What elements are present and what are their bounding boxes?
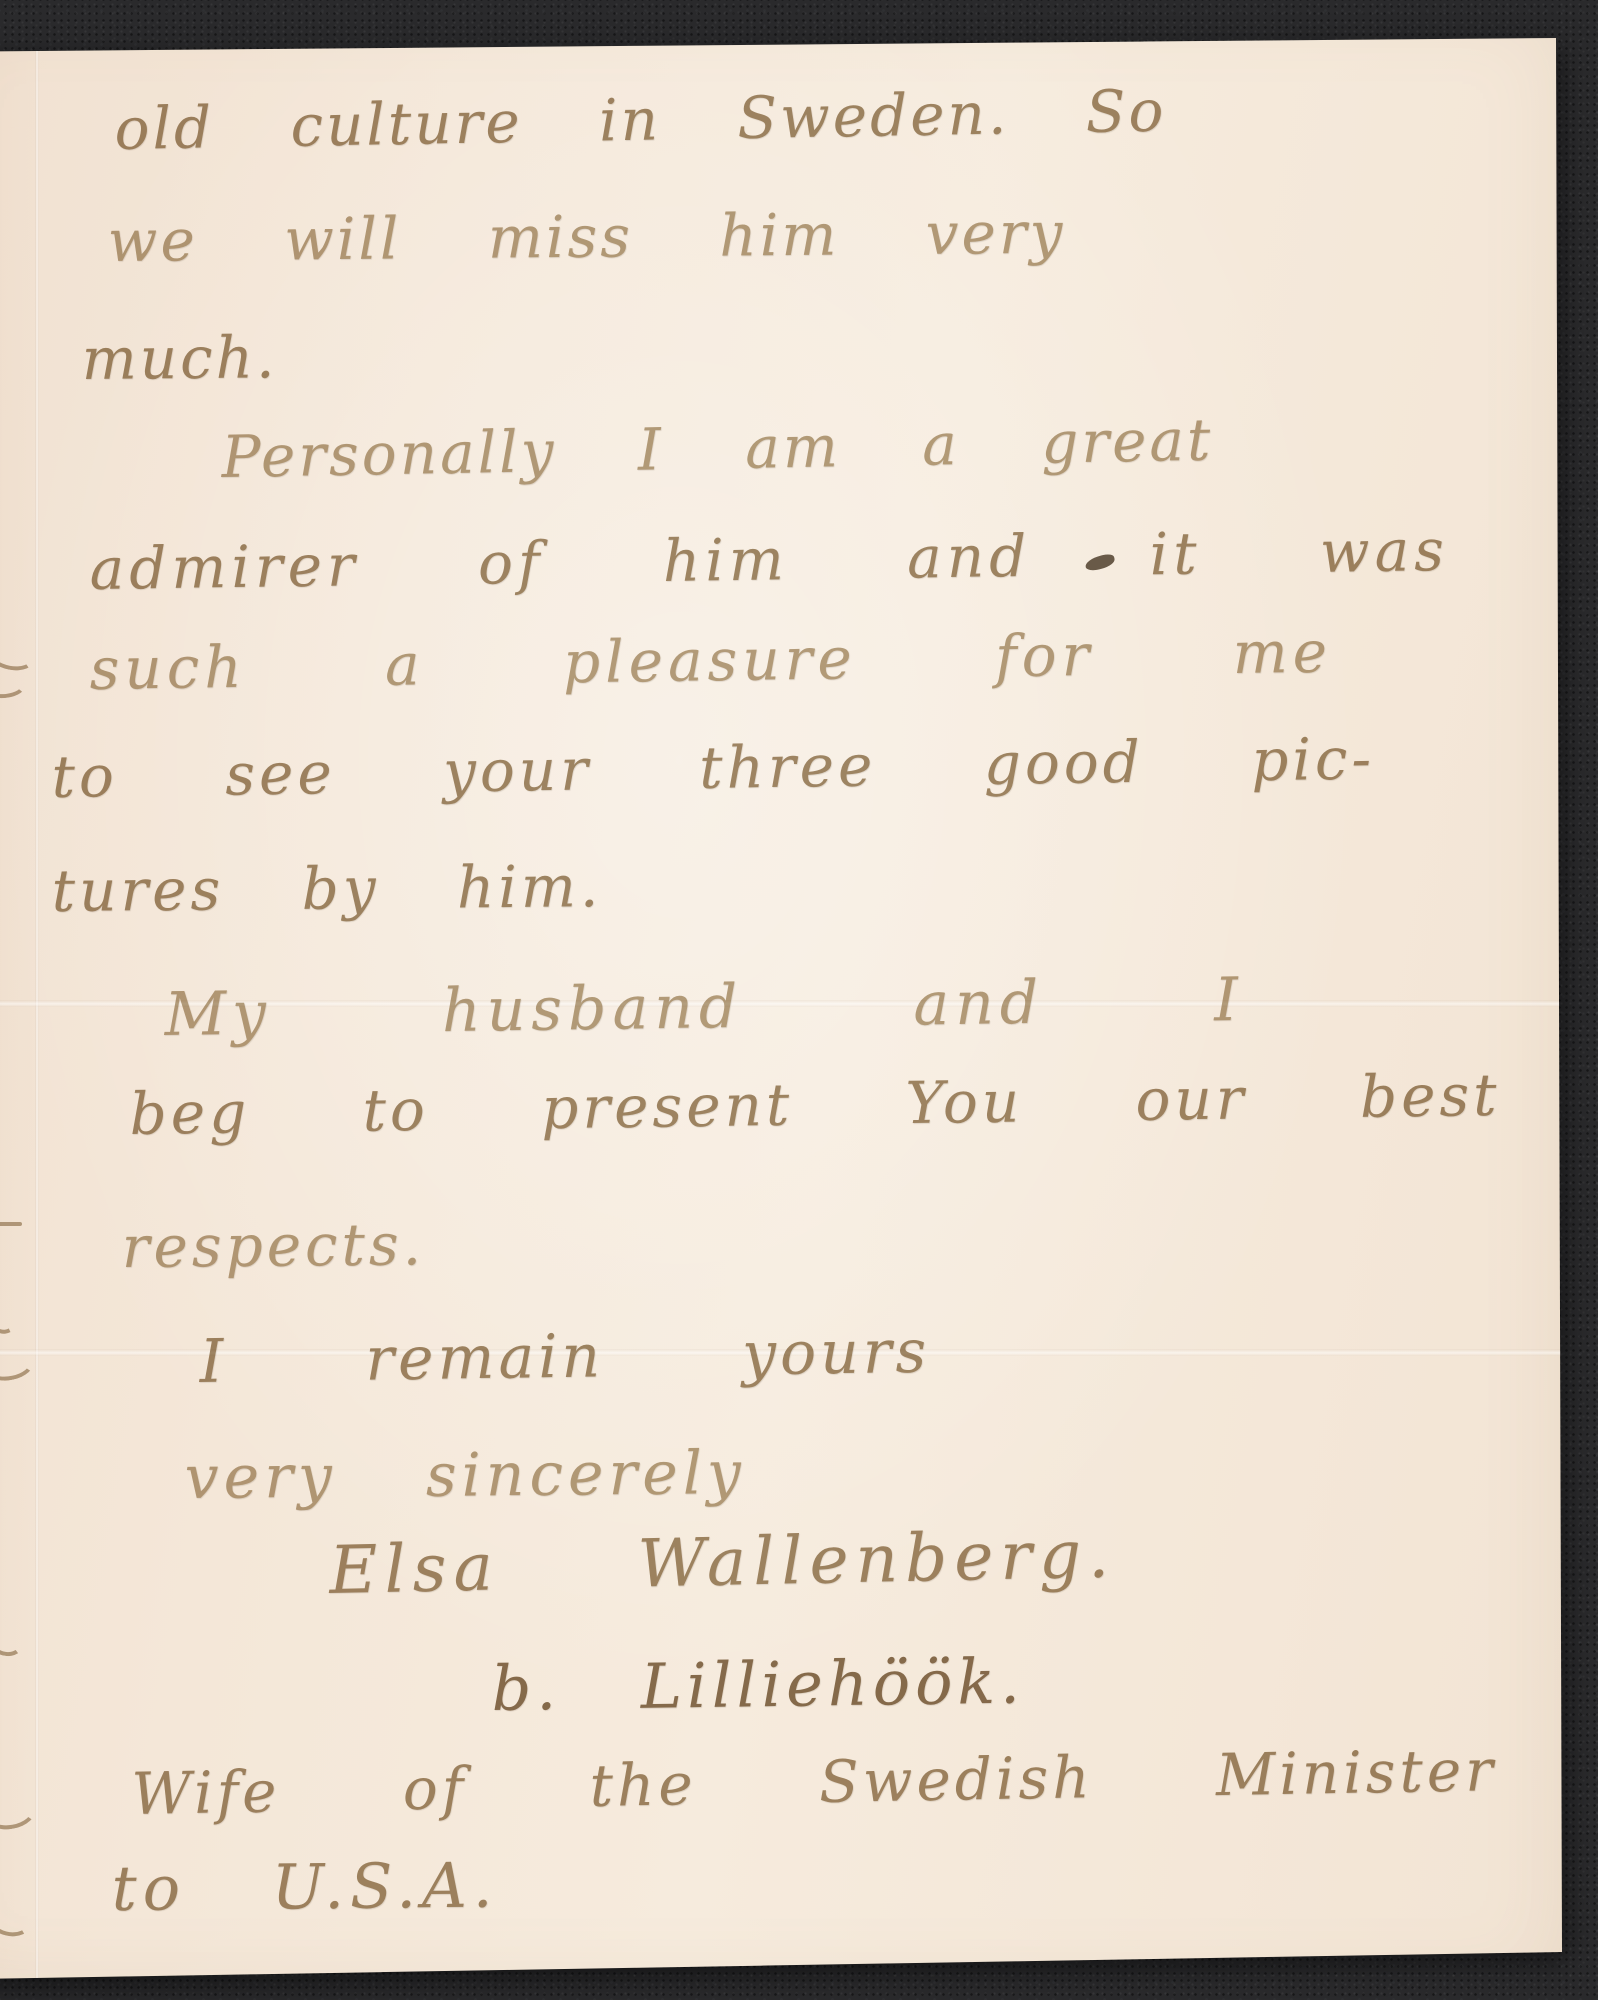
left-page-ink-fragment xyxy=(0,1347,36,1384)
letter-line: beg to present You our best xyxy=(129,1066,1501,1143)
signature-title-line-2: to U.S.A. xyxy=(111,1855,498,1920)
signature-title-line: Wife of the Swedish Minister xyxy=(131,1741,1497,1823)
letter-line: we will miss him very xyxy=(107,204,1065,270)
letter-line: such a pleasure for me xyxy=(89,623,1332,698)
left-page-ink-fragment xyxy=(0,1296,25,1338)
handwriting-layer: old culture in Sweden. So we will miss h… xyxy=(0,0,1598,2000)
letter-line: I remain yours xyxy=(199,1322,930,1392)
letter-line: to see your three good pic- xyxy=(51,730,1375,806)
letter-line: old culture in Sweden. So xyxy=(114,82,1167,158)
left-page-ink-fragment xyxy=(0,672,27,700)
letter-line: Personally I am a great xyxy=(221,411,1214,486)
left-page-ink-fragment xyxy=(0,1626,26,1658)
left-page-ink-fragment xyxy=(0,636,38,674)
left-page-ink-fragment xyxy=(0,1791,39,1834)
letter-line: admirer of him and it was xyxy=(89,521,1449,598)
letter-line: much. xyxy=(81,328,277,388)
letter-line: tures by him. xyxy=(51,857,602,920)
letter-line: respects. xyxy=(121,1215,425,1276)
signature-maiden-name-line: b. Lilliehöök. xyxy=(491,1651,1025,1720)
signature-line: Elsa Wallenberg. xyxy=(329,1522,1117,1604)
photo-backdrop: old culture in Sweden. So we will miss h… xyxy=(0,0,1598,2000)
left-page-ink-fragment xyxy=(0,1893,38,1941)
letter-line: very sincerely xyxy=(184,1443,746,1508)
left-page-ink-fragment xyxy=(0,1222,22,1226)
letter-line: My husband and I xyxy=(164,970,1244,1045)
